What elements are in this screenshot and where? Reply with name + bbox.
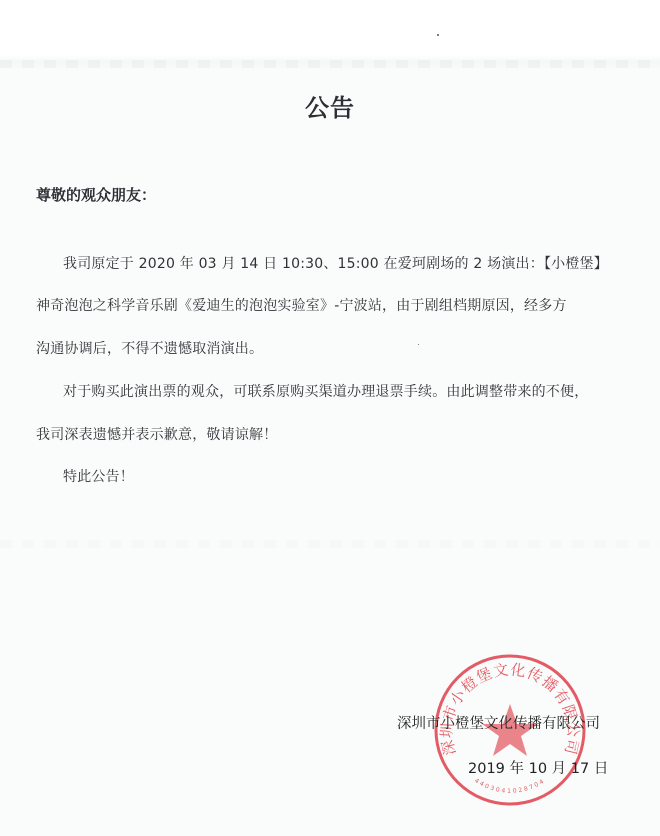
document-page: 公告 尊敬的观众朋友： 我司原定于 2020 年 03 月 14 日 10:30… — [0, 0, 660, 836]
signature-date: 2019 年 10 月 17 日 — [468, 757, 608, 778]
closing-line: 特此公告！ — [63, 466, 134, 486]
salutation: 尊敬的观众朋友： — [36, 184, 156, 205]
scan-speck — [437, 34, 439, 36]
scan-artifact-band — [0, 540, 660, 548]
scan-speck — [418, 344, 419, 345]
document-title: 公告 — [0, 88, 660, 123]
paragraph-1-line-2: 神奇泡泡之科学音乐剧《爱迪生的泡泡实验室》-宁波站，由于剧组档期原因，经多方 — [36, 295, 567, 315]
seal-serial-number: 4403041028704 — [473, 777, 547, 794]
paragraph-2-line-1: 对于购买此演出票的观众，可联系原购买渠道办理退票手续。由此调整带来的不便， — [63, 381, 588, 401]
paragraph-2-line-2: 我司深表遗憾并表示歉意，敬请谅解！ — [36, 424, 277, 444]
scan-artifact-band — [0, 60, 660, 68]
paragraph-1-line-3: 沟通协调后，不得不遗憾取消演出。 — [36, 338, 263, 358]
signature-company: 深圳市小橙堡文化传播有限公司 — [397, 712, 600, 733]
paragraph-1-line-1: 我司原定于 2020 年 03 月 14 日 10:30、15:00 在爱珂剧场… — [63, 253, 608, 273]
svg-text:4403041028704: 4403041028704 — [473, 777, 547, 794]
